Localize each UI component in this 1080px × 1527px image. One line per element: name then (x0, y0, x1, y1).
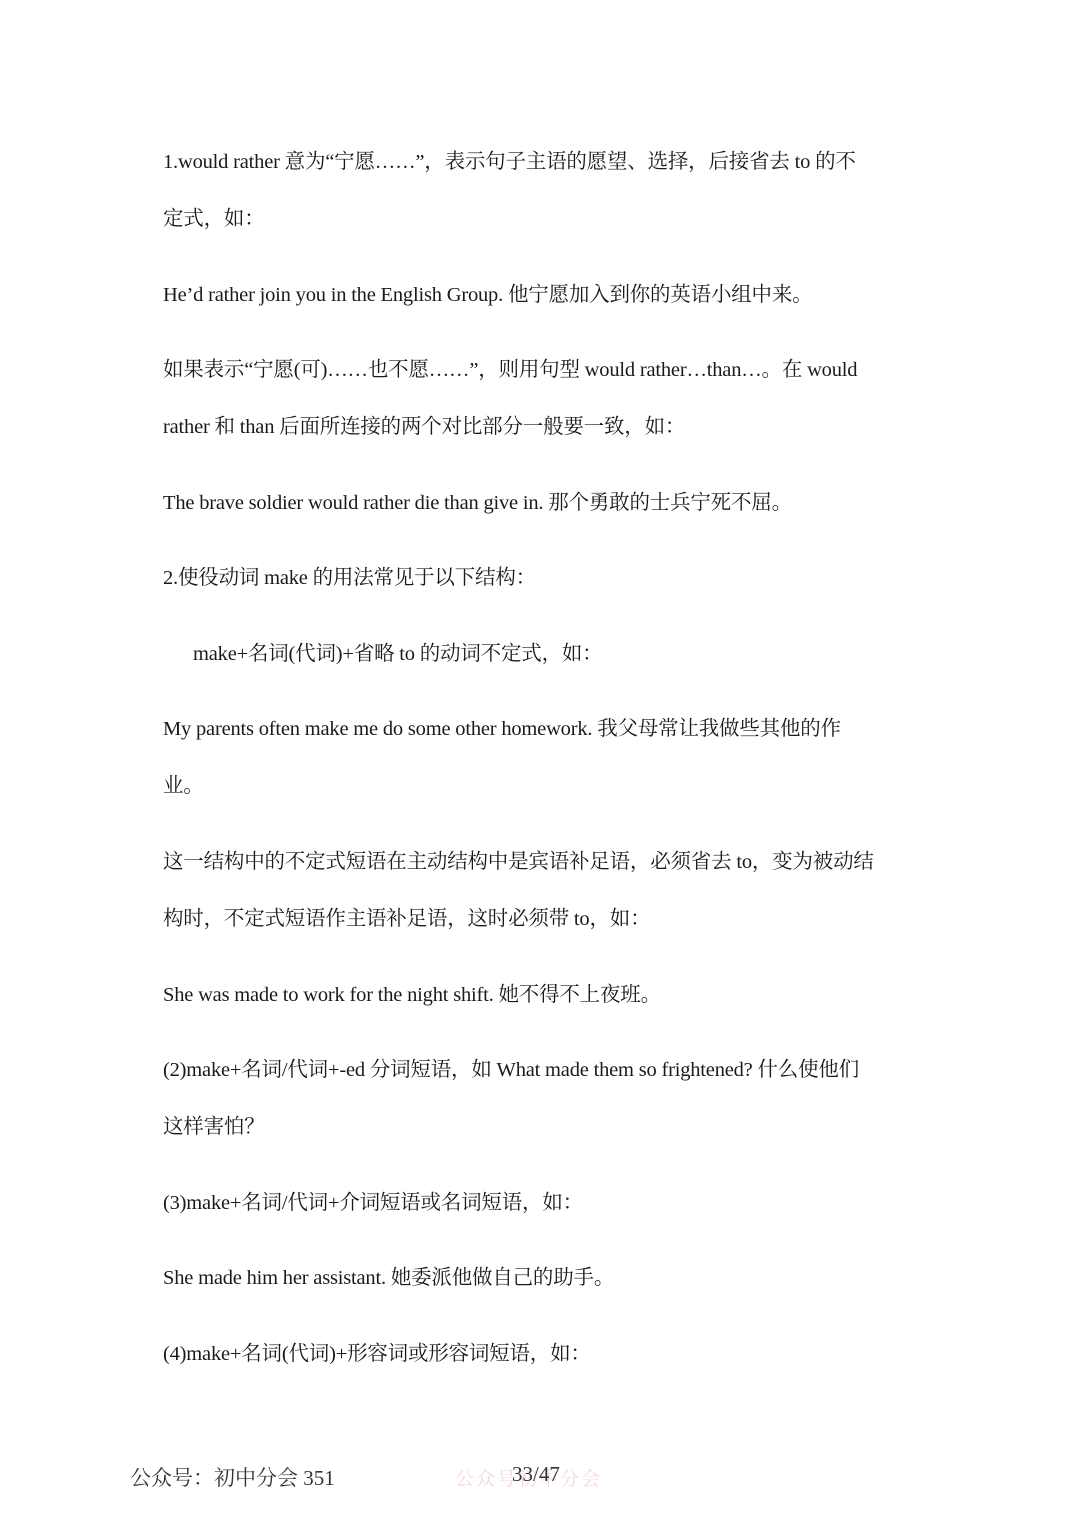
section-heading: 2.使役动词 make 的用法常见于以下结构： (163, 560, 536, 590)
text-line: 构时，不定式短语作主语补足语，这时必须带 to，如： (163, 901, 650, 931)
example-sentence: She made him her assistant. 她委派他做自己的助手。 (163, 1260, 614, 1290)
example-sentence: She was made to work for the night shift… (163, 977, 661, 1007)
text-line: 1.would rather 意为“宁愿……”，表示句子主语的愿望、选择，后接省… (163, 144, 856, 174)
text-line: 这样害怕？ (163, 1109, 265, 1139)
text-line: (4)make+名词(代词)+形容词或形容词短语，如： (163, 1336, 591, 1366)
footer-source: 公众号：初中分会 351 (130, 1462, 335, 1492)
example-sentence: He’d rather join you in the English Grou… (163, 277, 812, 307)
text-line: (3)make+名词/代词+介词短语或名词短语，如： (163, 1185, 583, 1215)
text-line: (2)make+名词/代词+-ed 分词短语，如 What made them … (163, 1052, 859, 1082)
text-line: make+名词(代词)+省略 to 的动词不定式，如： (193, 636, 602, 666)
page-number: 33/47 (512, 1462, 560, 1487)
text-line: 定式，如： (163, 201, 265, 231)
text-line: 业。 (163, 768, 204, 798)
text-line: 这一结构中的不定式短语在主动结构中是宾语补足语，必须省去 to，变为被动结 (163, 844, 874, 874)
example-sentence: My parents often make me do some other h… (163, 711, 841, 741)
text-line: 如果表示“宁愿(可)……也不愿……”，则用句型 would rather…tha… (163, 352, 857, 382)
text-line: rather 和 than 后面所连接的两个对比部分一般要一致，如： (163, 409, 685, 439)
example-sentence: The brave soldier would rather die than … (163, 485, 792, 515)
